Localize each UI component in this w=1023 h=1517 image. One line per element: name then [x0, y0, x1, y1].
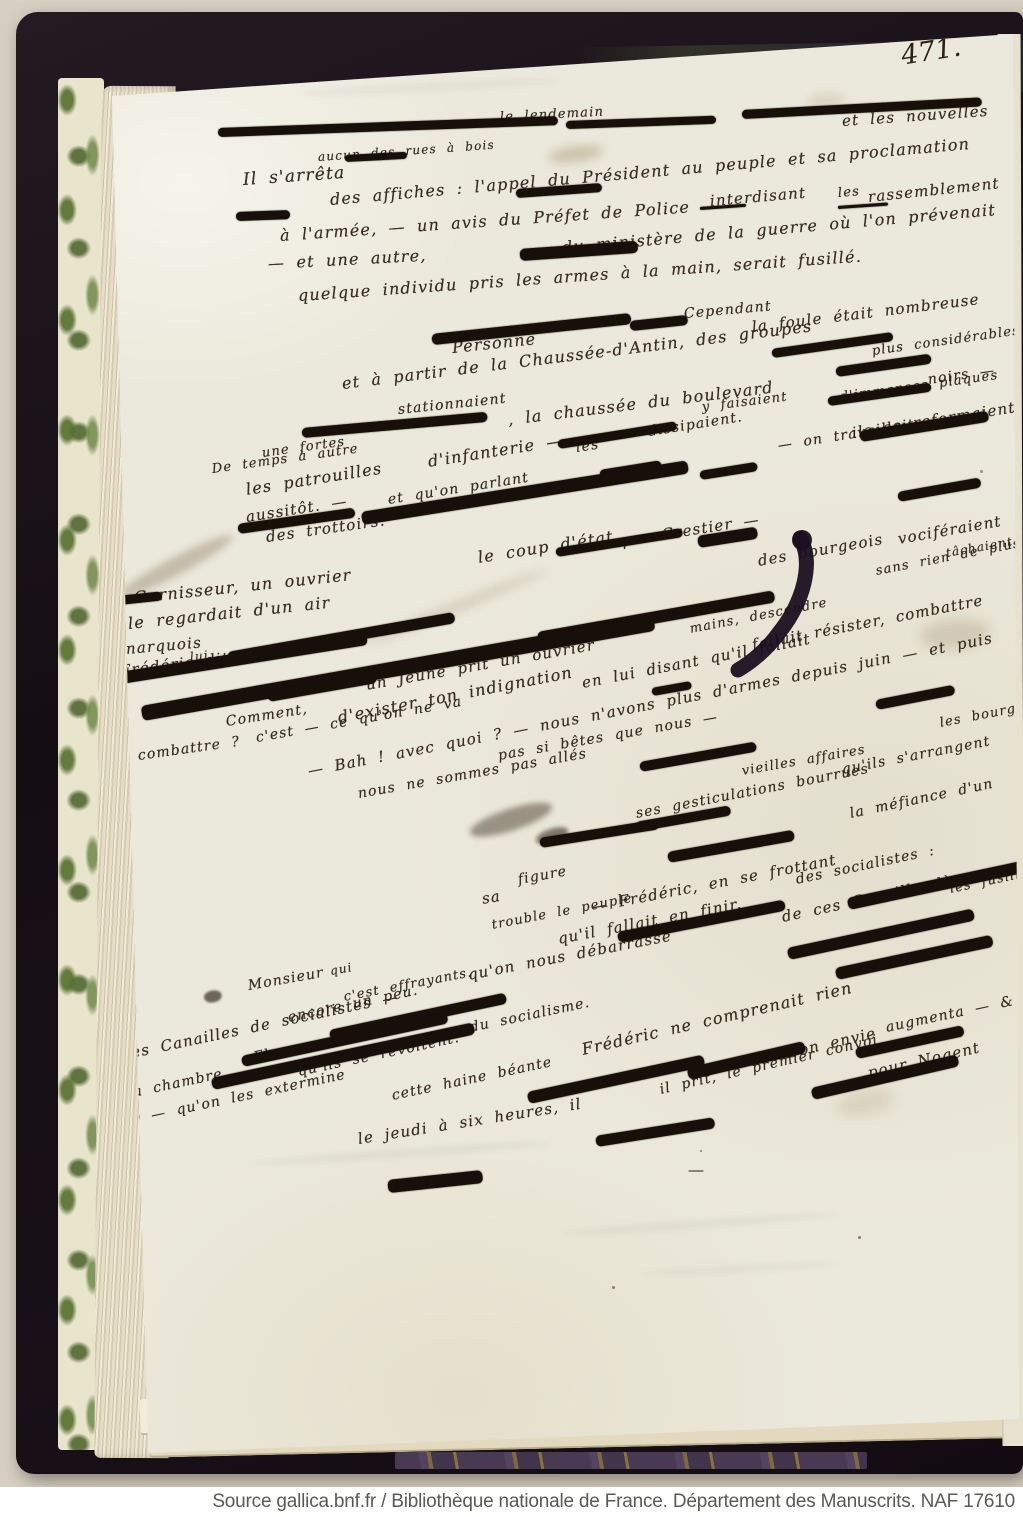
- manuscript-line: qui: [329, 960, 354, 978]
- ink-layer: le lendemainet les nouvellesIl s'arrêtaa…: [0, 0, 1023, 1517]
- strikethrough-ink-bar: [699, 462, 758, 480]
- strikethrough-ink-bar: [236, 210, 290, 221]
- strikethrough-ink-bar: [700, 204, 746, 210]
- manuscript-line: plus considérables: [871, 323, 1021, 359]
- manuscript-line: Il s'arrêta: [242, 163, 346, 190]
- manuscript-line: la méfiance d'un: [848, 776, 995, 822]
- strikethrough-ink-bar: [897, 477, 981, 501]
- strikethrough-ink-bar: [227, 612, 455, 663]
- strikethrough-ink-bar: [387, 1170, 483, 1193]
- manuscript-line: —: [688, 1160, 705, 1179]
- marbled-cover-strip: [395, 1452, 867, 1469]
- manuscript-line: — et une autre,: [268, 246, 427, 273]
- manuscript-line: le jeudi à six heures, il: [357, 1095, 583, 1148]
- strikethrough-ink-bar: [218, 116, 558, 137]
- manuscript-scan: le lendemainet les nouvellesIl s'arrêtaa…: [0, 0, 1023, 1517]
- strikethrough-ink-bar: [875, 685, 955, 710]
- strikethrough-ink-bar: [639, 742, 757, 772]
- strikethrough-ink-bar: [629, 315, 688, 331]
- strikethrough-ink-bar: [520, 241, 639, 261]
- manuscript-line: combattre ?: [137, 734, 241, 764]
- attribution-bar: Source gallica.bnf.fr / Bibliothèque nat…: [0, 1487, 1023, 1517]
- strikethrough-ink-bar: [595, 1117, 715, 1147]
- manuscript-line: des bourgeois: [756, 530, 884, 570]
- strikethrough-ink-bar: [302, 412, 488, 438]
- manuscript-line: les bourgeois: [939, 695, 1023, 730]
- manuscript-line: Monsieur: [247, 965, 326, 994]
- manuscript-line: figure: [517, 863, 569, 887]
- manuscript-line: aucun des rues à bois: [318, 138, 496, 164]
- manuscript-line: sa: [480, 887, 502, 908]
- manuscript-line: les: [837, 184, 860, 201]
- attribution-text: Source gallica.bnf.fr / Bibliothèque nat…: [212, 1491, 1015, 1512]
- strikethrough-ink-bar: [838, 203, 888, 209]
- manuscript-line: d'infanterie —: [427, 431, 565, 471]
- manuscript-page: le lendemainet les nouvellesIl s'arrêtaa…: [0, 0, 1023, 1517]
